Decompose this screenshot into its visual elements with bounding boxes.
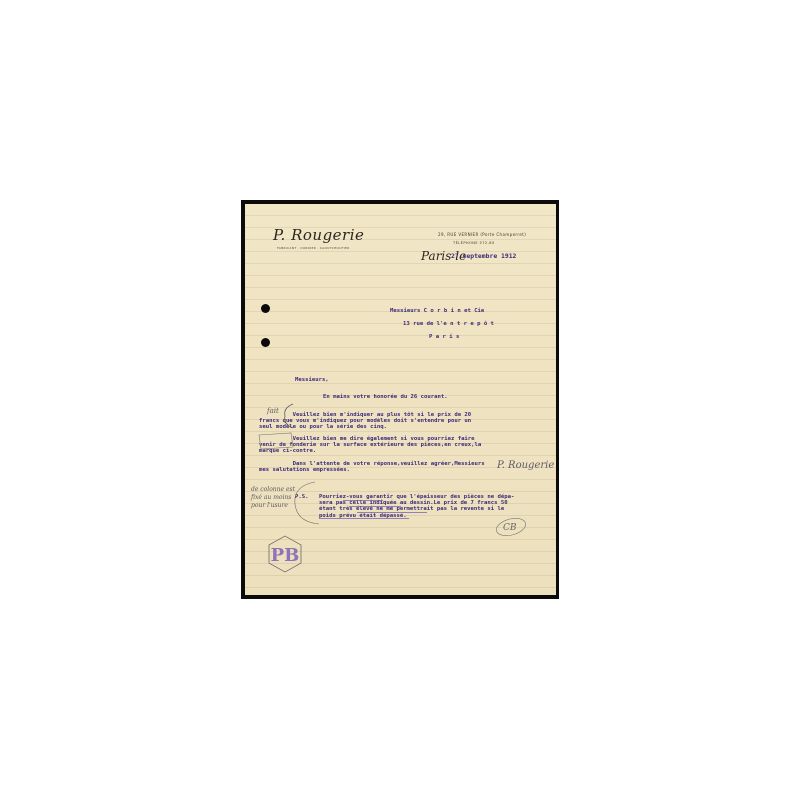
margin-bracket-icon bbox=[281, 402, 295, 430]
letterhead-name: P. Rougerie bbox=[273, 226, 364, 244]
margin-arc-icon bbox=[275, 480, 335, 528]
ps-initials-icon: CB bbox=[493, 516, 529, 538]
recipient-street: 13 rue de l'e n t r e p ô t bbox=[403, 321, 494, 327]
margin-box-sketch-icon bbox=[257, 431, 295, 451]
recipient-city: P a r i s bbox=[429, 334, 459, 340]
ps-underline-2 bbox=[349, 506, 401, 507]
ps-underline-3 bbox=[357, 512, 427, 513]
signature: P. Rougerie bbox=[497, 460, 554, 471]
letter-paragraph-1: En mains votre honorée du 26 courant. bbox=[323, 394, 448, 400]
ps-underline-1 bbox=[343, 500, 383, 501]
punch-hole-bottom bbox=[261, 338, 270, 347]
monogram-stamp: PB bbox=[265, 534, 305, 574]
letterhead-subtitle: FABRICANT · CORDIER · CAOUTCHOUTIER bbox=[277, 246, 350, 250]
letter-date: 27 septembre 1912 bbox=[451, 252, 516, 260]
letter-page: P. Rougerie FABRICANT · CORDIER · CAOUTC… bbox=[245, 204, 556, 595]
stamp-monogram-text: PB bbox=[271, 545, 300, 566]
punch-hole-top bbox=[261, 304, 270, 313]
svg-text:CB: CB bbox=[503, 523, 517, 533]
letterhead-telephone: TÉLÉPHONE 572-85 bbox=[453, 241, 495, 245]
letter-paragraph-4: Dans l'attente de votre réponse,veuillez… bbox=[259, 461, 485, 473]
letter-greeting: Messieurs, bbox=[295, 377, 329, 383]
margin-note-fait: fait bbox=[267, 407, 279, 415]
recipient-name: Messieurs C o r b i n et Cie bbox=[390, 308, 484, 314]
letterhead-address: 29, RUE VERNIER (Porte Champerret) bbox=[438, 232, 526, 237]
